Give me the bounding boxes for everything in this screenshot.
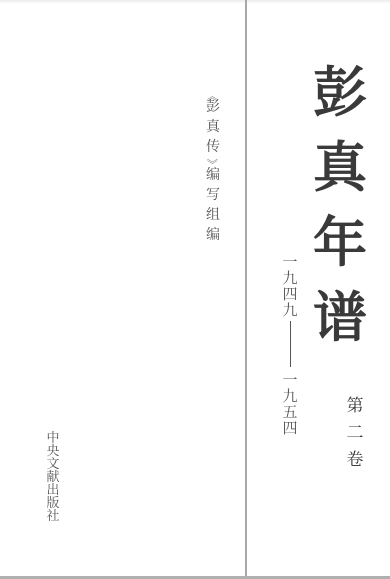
publisher-name: 中 央 文 献 出 版 社	[44, 432, 62, 523]
editor-credit: 《 彭 真 传 》 编 写 组 编	[203, 92, 223, 248]
editor-char: 传	[206, 140, 220, 160]
editor-char: 编	[206, 168, 220, 188]
book-title: 彭 真 年 谱	[308, 66, 372, 366]
editor-char: 彭	[206, 100, 220, 120]
volume-char: 第	[347, 398, 364, 425]
volume-label: 第 二 卷	[343, 398, 367, 479]
volume-char: 卷	[347, 452, 364, 479]
top-shadow	[0, 0, 390, 4]
date-char: 四	[282, 421, 297, 437]
publisher-char: 社	[46, 510, 59, 523]
date-char: 九	[282, 303, 297, 319]
title-char: 真	[313, 141, 367, 216]
editor-char: 组	[206, 208, 220, 228]
editor-char: 写	[206, 188, 220, 208]
open-title-bracket: 《	[209, 91, 217, 102]
editor-char: 编	[206, 228, 220, 248]
date-range: 一 九 四 九 一 九 五 四	[280, 255, 300, 437]
volume-char: 二	[347, 425, 364, 452]
book-title-spread: 《 彭 真 传 》 编 写 组 编 中 央 文 献 出 版 社 一 九 四 九 …	[0, 0, 390, 579]
page-divider	[245, 0, 247, 577]
close-title-bracket: 》	[209, 159, 217, 170]
date-separator	[290, 321, 291, 367]
title-char: 年	[313, 216, 367, 291]
title-char: 谱	[313, 291, 367, 366]
editor-char: 真	[206, 120, 220, 140]
title-char: 彭	[313, 66, 367, 141]
